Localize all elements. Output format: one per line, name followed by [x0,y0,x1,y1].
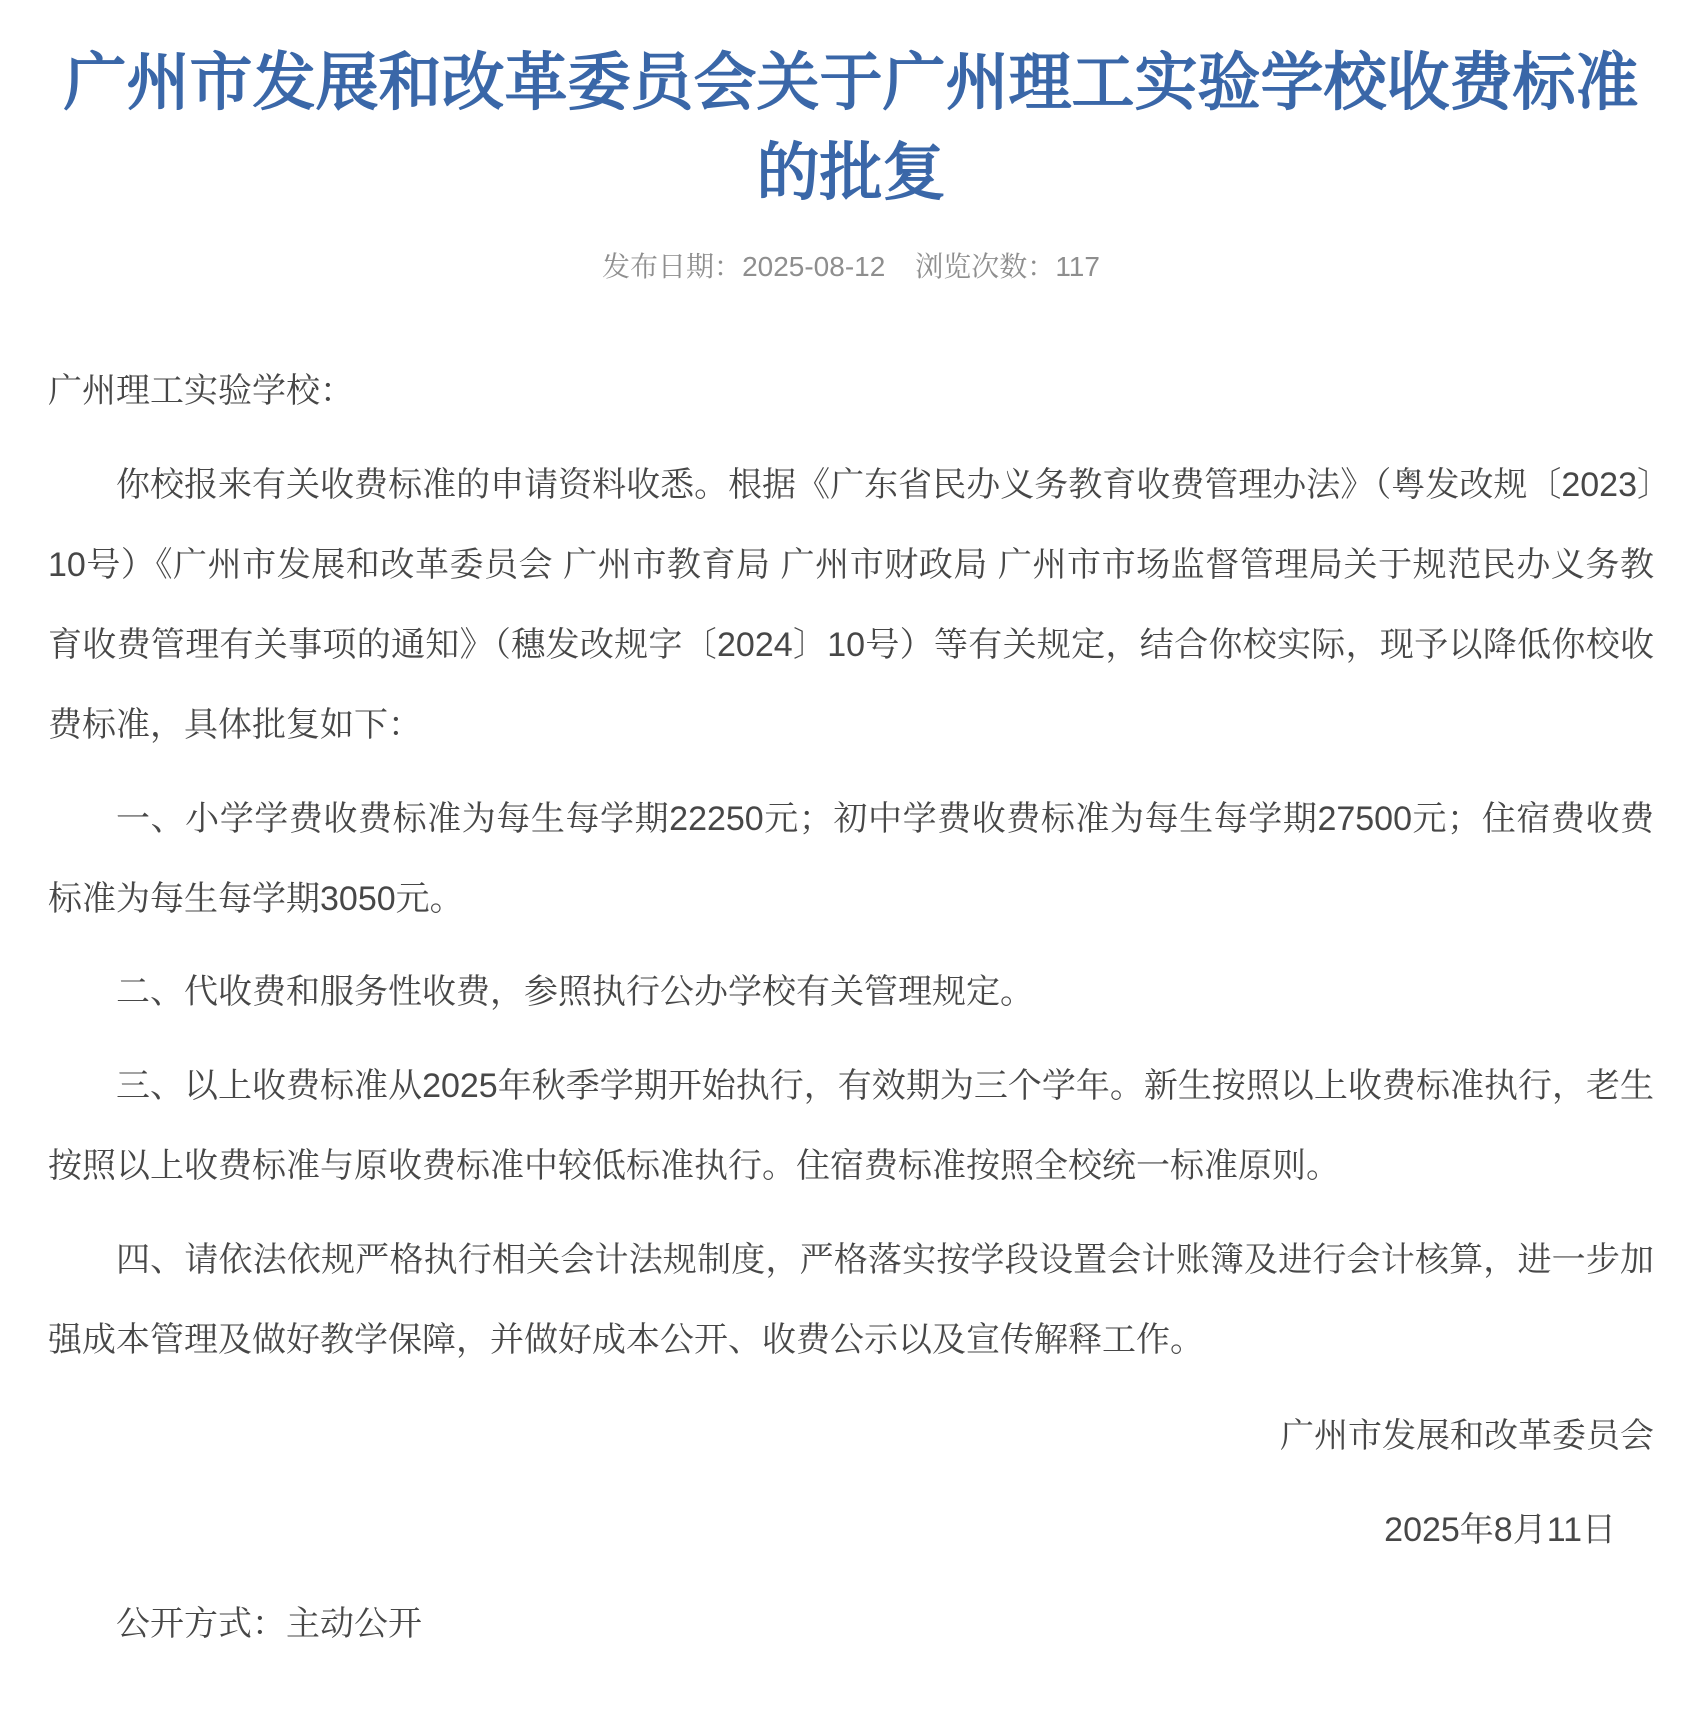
paragraph-item-1: 一、小学学费收费标准为每生每学期22250元；初中学费收费标准为每生每学期275… [48,780,1654,940]
publish-date-label: 发布日期： [602,251,742,282]
document-page: 广州市发展和改革委员会关于广州理工实验学校收费标准的批复 发布日期：2025-0… [0,0,1702,1709]
issuer-signature: 广州市发展和改革委员会 [48,1397,1654,1477]
document-body: 广州理工实验学校： 你校报来有关收费标准的申请资料收悉。根据《广东省民办义务教育… [48,352,1654,1664]
page-title: 广州市发展和改革委员会关于广州理工实验学校收费标准的批复 [51,38,1651,218]
views-group: 浏览次数：117 [915,251,1100,282]
paragraph-item-3: 三、以上收费标准从2025年秋季学期开始执行，有效期为三个学年。新生按照以上收费… [48,1047,1654,1207]
views-label: 浏览次数： [915,251,1055,282]
publish-date-group: 发布日期：2025-08-12 [602,251,885,282]
disclosure-method: 公开方式：主动公开 [48,1585,1654,1665]
paragraph-item-2: 二、代收费和服务性收费，参照执行公办学校有关管理规定。 [48,953,1654,1033]
document-meta: 发布日期：2025-08-12浏览次数：117 [48,246,1654,288]
issue-date: 2025年8月11日 [48,1491,1654,1571]
paragraph-intro: 你校报来有关收费标准的申请资料收悉。根据《广东省民办义务教育收费管理办法》（粤发… [48,446,1654,766]
paragraph-item-4: 四、请依法依规严格执行相关会计法规制度，严格落实按学段设置会计账簿及进行会计核算… [48,1221,1654,1381]
salutation: 广州理工实验学校： [48,352,1654,432]
views-value: 117 [1055,251,1100,282]
publish-date-value: 2025-08-12 [742,251,885,282]
